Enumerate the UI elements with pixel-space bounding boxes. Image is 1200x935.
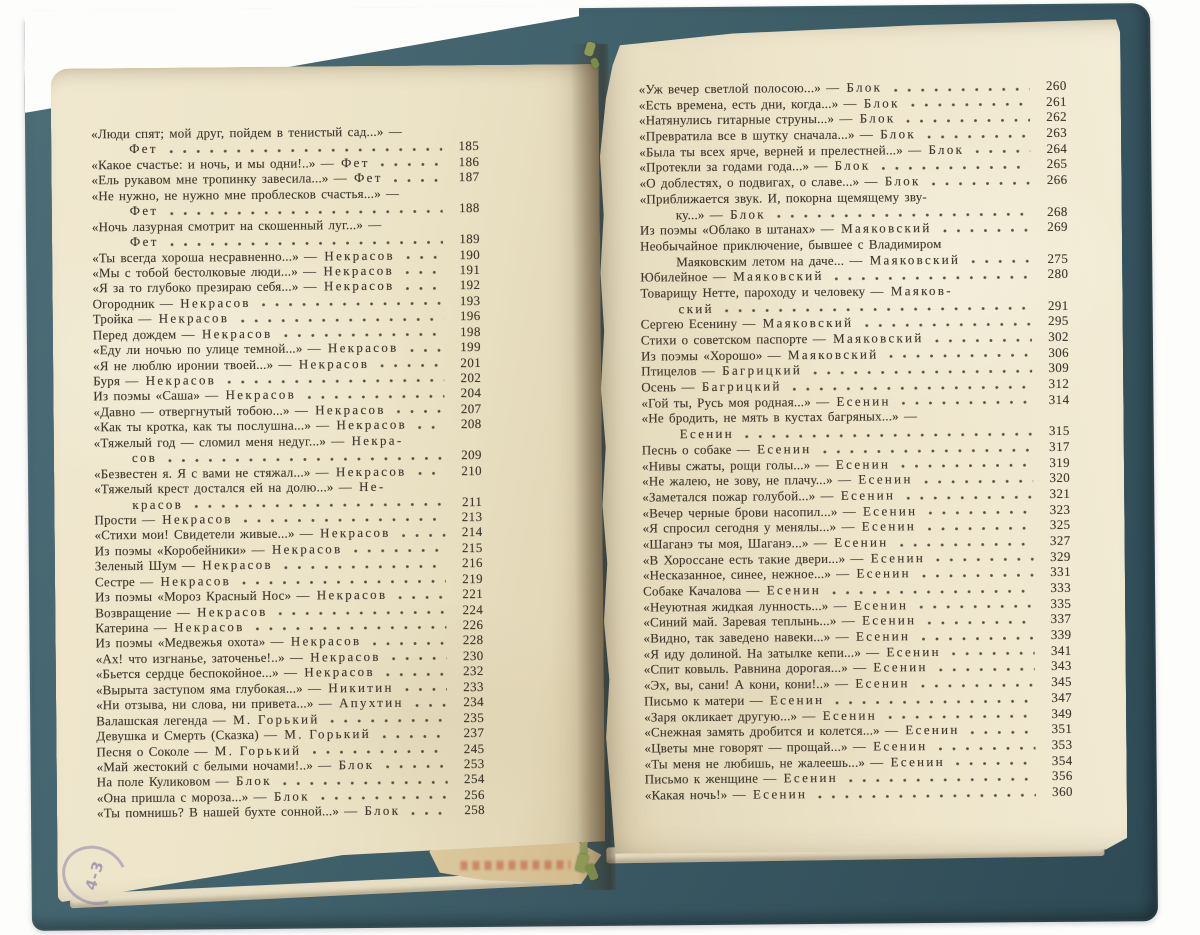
row-filler — [403, 444, 481, 445]
entry-author: Не- — [359, 479, 386, 495]
page-number: 331 — [1037, 564, 1071, 580]
entry-author: Фет — [341, 155, 370, 171]
dot-leader — [258, 295, 444, 310]
entry-author: Фет — [130, 203, 159, 219]
entry-author: Некрасов — [202, 557, 273, 574]
dot-leader — [401, 279, 443, 292]
entry-title: Огородник — — [92, 295, 178, 311]
dot-leader — [831, 268, 1032, 283]
entry-author: Есенин — [767, 582, 821, 598]
dot-leader — [279, 325, 443, 339]
page-number: 213 — [448, 509, 482, 525]
entry-author: Никитин — [328, 679, 393, 696]
dot-leader — [935, 660, 1035, 674]
page-number: 234 — [450, 694, 484, 710]
entry-title: «Ночь лазурная смотрит на скошенный луг.… — [92, 216, 382, 234]
entry-author: Некрасов — [291, 633, 362, 650]
dot-leader — [252, 619, 447, 634]
dot-leader — [275, 603, 447, 617]
entry-title: «Приближается звук. И, покорна щемящему … — [640, 189, 927, 207]
entry-author: Маяковский — [733, 268, 824, 285]
dot-leader — [939, 221, 1031, 235]
page-number: 256 — [451, 787, 485, 803]
page-number: 210 — [448, 463, 482, 479]
entry-author: Блок — [835, 158, 871, 174]
entry-author: Есенин — [871, 550, 925, 566]
toc-left-column: «Люди спят; мой друг, пойдем в тенистый … — [91, 123, 485, 821]
entry-title: «Бьется сердце беспокойное...» — — [96, 665, 303, 682]
entry-title: «Ты помнишь? В нашей бухте сонной...» — — [97, 803, 363, 821]
entry-author: Есенин — [834, 534, 888, 550]
page-number: 321 — [1036, 486, 1070, 502]
entry-author: Блок — [885, 173, 921, 189]
entry-title: «Не жалею, не зову, не плачу...» — — [642, 472, 856, 490]
page-number: 261 — [1033, 94, 1067, 110]
dot-leader — [376, 356, 444, 370]
page-number: 186 — [445, 154, 479, 170]
dot-leader — [741, 425, 1033, 441]
row-filler — [942, 247, 1069, 248]
page-number: 335 — [1037, 596, 1071, 612]
page-number: 237 — [450, 725, 484, 741]
page-number: 356 — [1039, 768, 1073, 784]
entry-author: Есенин — [856, 566, 910, 582]
dot-leader — [952, 754, 1036, 768]
toc-right-column: «Уж вечер светлой полосою...» — Блок260«… — [639, 78, 1073, 803]
entry-author: Блок — [274, 788, 310, 804]
dot-leader — [393, 403, 445, 416]
page-number: 262 — [1033, 109, 1067, 125]
entry-title: Из поэмы «Коробейники» — — [95, 542, 270, 559]
dot-leader — [814, 786, 1036, 801]
dot-leader — [279, 773, 448, 787]
dot-leader — [917, 629, 1034, 643]
page-number: 327 — [1037, 533, 1071, 549]
entry-title: Собаке Качалова — — [643, 582, 765, 599]
entry-title: Птицелов — — [641, 363, 720, 379]
dot-leader — [382, 665, 447, 679]
entry-title: «Не нужно, не нужно мне проблесков счаст… — [92, 185, 400, 203]
entry-author: Маяковский — [788, 346, 879, 363]
entry-title: Песня о Соколе — — [96, 743, 212, 759]
entry-author: Фет — [130, 234, 159, 250]
entry-author: Есенин — [753, 786, 807, 802]
entry-author: Фет — [354, 170, 383, 186]
page-number: 202 — [447, 370, 481, 386]
entry-author: Есенин — [886, 644, 940, 660]
page-number: 189 — [446, 231, 480, 247]
page-number: 347 — [1038, 690, 1072, 706]
dot-leader — [236, 310, 444, 325]
row-filler — [381, 228, 479, 229]
entry-title: «Я за то глубоко презираю себя...» — — [92, 279, 322, 296]
entry-title: «Видно, так заведено навеки...» — — [643, 629, 854, 647]
entry-title: «Не бродить, не мять в кустах багряных..… — [642, 409, 918, 427]
entry-title: Из поэмы «Облако в штанах» — — [640, 221, 839, 238]
page-number: 295 — [1035, 313, 1069, 329]
page-number: 360 — [1039, 784, 1073, 800]
entry-title: «Она пришла с мороза...» — — [97, 789, 272, 806]
dot-leader — [902, 111, 1030, 125]
row-filler — [386, 490, 483, 491]
page-number: 280 — [1034, 266, 1068, 282]
entry-author: Багрицкий — [702, 378, 782, 395]
entry-author: Блок — [730, 206, 766, 222]
dot-leader — [917, 676, 1035, 690]
page-number: 196 — [447, 308, 481, 324]
dot-leader — [721, 299, 1032, 315]
entry-author: Блок — [860, 111, 896, 127]
entry-author: Есенин — [757, 441, 811, 457]
dot-leader — [924, 503, 1033, 517]
entry-author: Некрасов — [320, 525, 391, 542]
entry-author: Некрасов — [336, 417, 407, 434]
page-number: 312 — [1035, 376, 1069, 392]
entry-title: Осень — — [641, 379, 700, 395]
entry-author: Блок — [864, 95, 900, 111]
dot-leader — [923, 519, 1034, 533]
dot-leader — [895, 535, 1033, 549]
page-number: 349 — [1038, 705, 1072, 721]
entry-author: Есенин — [855, 675, 909, 691]
dot-leader — [238, 572, 446, 587]
dot-leader — [413, 464, 445, 477]
entry-author: Фет — [129, 141, 158, 157]
entry-author: Некрасов — [160, 573, 231, 590]
dot-leader — [223, 372, 444, 387]
dot-leader — [402, 248, 443, 261]
page-number: 268 — [1034, 203, 1068, 219]
entry-title: Из поэмы «Медвежья охота» — — [95, 634, 288, 651]
entry-author: Некрасов — [272, 541, 343, 558]
page-number: 339 — [1037, 627, 1071, 643]
dot-leader — [845, 770, 1036, 785]
dot-leader — [280, 557, 446, 571]
entry-title: Валашская легенда — — [96, 712, 231, 729]
entry-author: ский — [679, 301, 714, 317]
page-number: 345 — [1038, 674, 1072, 690]
dot-leader — [918, 566, 1034, 580]
dot-leader — [818, 441, 1033, 456]
page-number: 232 — [450, 663, 484, 679]
page-number: 226 — [449, 617, 483, 633]
entry-title: «Какая ночь!» — — [645, 787, 751, 804]
page-number: 245 — [450, 740, 484, 756]
page-number: 211 — [448, 493, 482, 509]
entry-title: «Люди спят; мой друг, пойдем в тенистый … — [91, 124, 402, 142]
dot-leader — [317, 789, 448, 803]
entry-author: Есенин — [873, 660, 927, 676]
page-number: 235 — [450, 710, 484, 726]
dot-leader — [967, 723, 1036, 737]
dot-leader — [164, 449, 445, 464]
dot-leader — [303, 387, 444, 401]
page-number: 353 — [1038, 737, 1072, 753]
entry-title: Возвращение — — [95, 604, 195, 620]
entry-author: Некрасов — [299, 355, 370, 372]
entry-title: «Нивы сжаты, рощи голы...» — — [642, 456, 834, 473]
dot-leader — [934, 739, 1035, 753]
entry-author: Некрасов — [304, 664, 375, 681]
entry-title: Буря — — [93, 373, 144, 389]
entry-author: М. Горький — [215, 742, 302, 759]
entry-title: «Ты меня не любишь, не жалеешь...» — — [645, 754, 889, 772]
dot-leader — [860, 315, 1032, 329]
page-number: 291 — [1035, 297, 1069, 313]
page-number: 323 — [1036, 501, 1070, 517]
entry-author: Некрасов — [310, 649, 381, 666]
entry-author: Некрасов — [336, 463, 407, 480]
entry-author: Есенин — [905, 722, 959, 738]
entry-author: Блок — [236, 773, 272, 789]
page-number: 219 — [449, 571, 483, 587]
entry-title: Товарищу Нетте, пароходу и человеку — — [640, 283, 889, 301]
page-number: 187 — [445, 169, 479, 185]
dot-leader — [932, 550, 1034, 564]
entry-author: Некрасов — [146, 372, 217, 389]
dot-leader — [898, 394, 1033, 408]
entry-author: Некрасов — [162, 511, 233, 528]
entry-author: Есенин — [858, 471, 912, 487]
page-number: 199 — [447, 339, 481, 355]
page-number: 266 — [1033, 172, 1067, 188]
page-number: 207 — [447, 401, 481, 417]
entry-title: Зеленый Шум — — [95, 558, 201, 574]
dot-leader — [889, 80, 1030, 94]
page-number: 193 — [446, 293, 480, 309]
page-number: 333 — [1037, 580, 1071, 596]
dot-leader — [406, 341, 444, 354]
row-filler — [917, 419, 1069, 420]
dot-leader — [907, 96, 1030, 110]
entry-title: «Тяжелый год — сломил меня недуг...» — — [94, 433, 350, 451]
entry-author: Есенин — [854, 597, 908, 613]
open-book: 4-3 «Люди спят; мой друг, пойдем в тенис… — [24, 3, 1158, 931]
entry-title: Из поэмы «Саша» — — [93, 388, 223, 405]
page-number: 317 — [1036, 439, 1070, 455]
row-filler — [927, 200, 1068, 201]
entry-title: Письмо к женщине — — [645, 771, 782, 788]
book-photo: 4-3 «Люди спят; мой друг, пойдем в тенис… — [0, 0, 1200, 935]
entry-title: Сергею Есенину — — [641, 316, 761, 333]
row-filler — [399, 197, 479, 198]
entry-author: Некрасов — [324, 278, 395, 295]
entry-author: Маяков- — [891, 283, 953, 300]
entry-title: «Ах! что изгнанье, заточенье!..» — — [96, 649, 309, 666]
dot-leader — [967, 252, 1031, 266]
entry-author: Есенин — [836, 393, 890, 409]
page-number: 190 — [446, 246, 480, 262]
entry-author: Блок — [846, 79, 882, 95]
dot-leader — [240, 511, 446, 526]
dot-leader — [378, 727, 447, 741]
page-number: 320 — [1036, 470, 1070, 486]
page-number: 351 — [1038, 721, 1072, 737]
entry-author: Некрасов — [328, 340, 399, 357]
library-stamp-text: 4-3 — [81, 858, 107, 892]
entry-title: Юбилейное — — [640, 269, 731, 285]
page-number: 192 — [446, 277, 480, 293]
dot-leader — [411, 696, 447, 709]
dot-leader — [165, 202, 442, 217]
entry-title: Письмо к матери — — [644, 692, 768, 709]
entry-title: «Я спросил сегодня у менялы...» — — [642, 519, 859, 537]
entry-author: М. Горький — [233, 711, 320, 728]
page-number: 314 — [1035, 392, 1069, 408]
dot-leader — [884, 707, 1035, 721]
entry-author: Некрасов — [159, 310, 230, 327]
dot-leader — [390, 171, 443, 184]
page-number: 354 — [1039, 752, 1073, 768]
entry-title: «Заря окликает другую...» — — [644, 708, 821, 725]
entry-author: Есенин — [841, 487, 895, 503]
dot-leader — [401, 264, 443, 277]
dot-leader — [915, 598, 1034, 612]
entry-title: Из поэмы «Хорошо» — — [641, 347, 786, 364]
page-number: 208 — [448, 416, 482, 432]
dot-leader — [877, 158, 1030, 172]
entry-title: Стихи о советском паспорте — — [641, 331, 831, 348]
entry-author: Есенин — [770, 692, 824, 708]
page-number: 309 — [1035, 360, 1069, 376]
page-number: 224 — [449, 602, 483, 618]
entry-title: На поле Куликовом — — [97, 774, 234, 791]
dot-leader — [885, 347, 1032, 361]
dot-leader — [920, 472, 1034, 486]
entry-author: Есенин — [862, 518, 916, 534]
row-filler — [953, 294, 1069, 295]
dot-leader — [773, 205, 1031, 220]
page-number: 337 — [1037, 611, 1071, 627]
entry-title: «Я не люблю иронии твоей...» — — [93, 356, 297, 373]
entry-title: «Протекли за годами года...» — — [639, 158, 832, 175]
page-number: 260 — [1033, 78, 1067, 94]
dot-leader — [388, 650, 447, 664]
dot-leader — [407, 804, 448, 817]
dot-leader — [368, 634, 446, 648]
page-number: 198 — [447, 324, 481, 340]
entry-author: Некрасов — [225, 387, 296, 404]
entry-author: красов — [132, 496, 183, 512]
page-number: 209 — [448, 447, 482, 463]
dot-leader — [831, 692, 1035, 707]
entry-author: Некрасов — [324, 247, 395, 264]
entry-author: Маяковский — [763, 315, 854, 332]
entry-author: Маяковский — [841, 220, 932, 237]
entry-author: Некрасов — [180, 295, 251, 312]
dot-leader — [897, 456, 1033, 470]
dot-leader — [401, 680, 447, 693]
entry-title: Тройка — — [93, 311, 157, 327]
entry-author: Некрасов — [174, 619, 245, 636]
page-number: 230 — [450, 648, 484, 664]
entry-author: сов — [132, 450, 157, 466]
page-number: 204 — [447, 385, 481, 401]
dot-leader — [394, 588, 446, 601]
entry-title: Перед дождем — — [93, 326, 200, 342]
entry-author: Блок — [364, 803, 400, 819]
page-number: 214 — [448, 524, 482, 540]
dot-leader — [349, 542, 445, 556]
entry-author: Есенин — [863, 503, 917, 519]
entry-title: «Несказанное, синее, нежное...» — — [643, 566, 855, 584]
page-number: 258 — [451, 802, 485, 818]
page-number: 315 — [1036, 423, 1070, 439]
dot-leader — [971, 143, 1030, 157]
page-number: 216 — [449, 555, 483, 571]
entry-author: М. Горький — [284, 726, 371, 743]
page-number: 319 — [1036, 454, 1070, 470]
page-number: 341 — [1038, 643, 1072, 659]
page-number: 228 — [449, 632, 483, 648]
entry-title: «Вечер черные брови насопил...» — — [642, 503, 861, 521]
page-number: 221 — [449, 586, 483, 602]
page-number: 265 — [1033, 156, 1067, 172]
page-number: 325 — [1036, 517, 1070, 533]
entry-author: Маяковский — [833, 330, 924, 347]
entry-title: Сестре — — [95, 573, 159, 589]
dot-leader — [414, 418, 445, 431]
page-number: 302 — [1035, 329, 1069, 345]
entry-title: «Синий май. Заревая теплынь...» — — [643, 613, 860, 631]
row-filler — [402, 135, 479, 136]
entry-title: «Натянулись гитарные струны...» — — [639, 111, 858, 129]
dot-leader — [902, 488, 1033, 502]
entry-title: «Заметался пожар голубой...» — — [642, 488, 839, 505]
dot-leader — [809, 362, 1032, 377]
dot-leader — [327, 711, 448, 725]
dot-leader — [789, 378, 1033, 393]
entry-author: Апухтин — [339, 695, 404, 712]
entry-title: «Май жестокий с белыми ночами!..» — — [97, 757, 337, 775]
entry-title: «Гой ты, Русь моя родная...» — — [641, 394, 834, 411]
entry-author: Есенин — [873, 738, 927, 754]
dot-leader — [923, 613, 1034, 627]
entry-author: Есенин — [836, 456, 890, 472]
entry-author: Багрицкий — [722, 363, 802, 380]
dot-leader — [190, 495, 445, 510]
entry-title: Песнь о собаке — — [642, 441, 755, 458]
dot-leader — [165, 140, 442, 155]
page-number: 254 — [451, 771, 485, 787]
dot-leader — [308, 742, 447, 756]
page-number: 215 — [449, 540, 483, 556]
page-number: 263 — [1033, 125, 1067, 141]
page-number: 191 — [446, 262, 480, 278]
entry-author: Есенин — [784, 770, 838, 786]
entry-title: Маяковским летом на даче... — — [676, 252, 868, 270]
entry-author: Блок — [880, 126, 916, 142]
entry-author: Есенин — [891, 753, 945, 769]
page-number: 264 — [1033, 141, 1067, 157]
page-number: 343 — [1038, 658, 1072, 674]
entry-title: «Шаганэ ты моя, Шаганэ...» — — [643, 535, 833, 552]
entry-author: Есенин — [856, 628, 910, 644]
page-number: 185 — [445, 138, 479, 154]
dot-leader — [931, 331, 1032, 345]
entry-author: Блок — [928, 141, 964, 157]
page-number: 253 — [451, 756, 485, 772]
page-number: 329 — [1037, 548, 1071, 564]
entry-title: «Эх, вы, сани! А кони, кони!..» — — [644, 676, 854, 694]
entry-title: Прости — — [94, 512, 160, 528]
dot-leader — [377, 156, 443, 170]
page-number: 306 — [1035, 345, 1069, 361]
dot-leader — [948, 645, 1035, 659]
entry-title: «Тяжелый крест достался ей на долю...» — — [94, 479, 357, 497]
entry-author: Блок — [338, 757, 374, 773]
entry-author: Маяковский — [870, 251, 961, 268]
